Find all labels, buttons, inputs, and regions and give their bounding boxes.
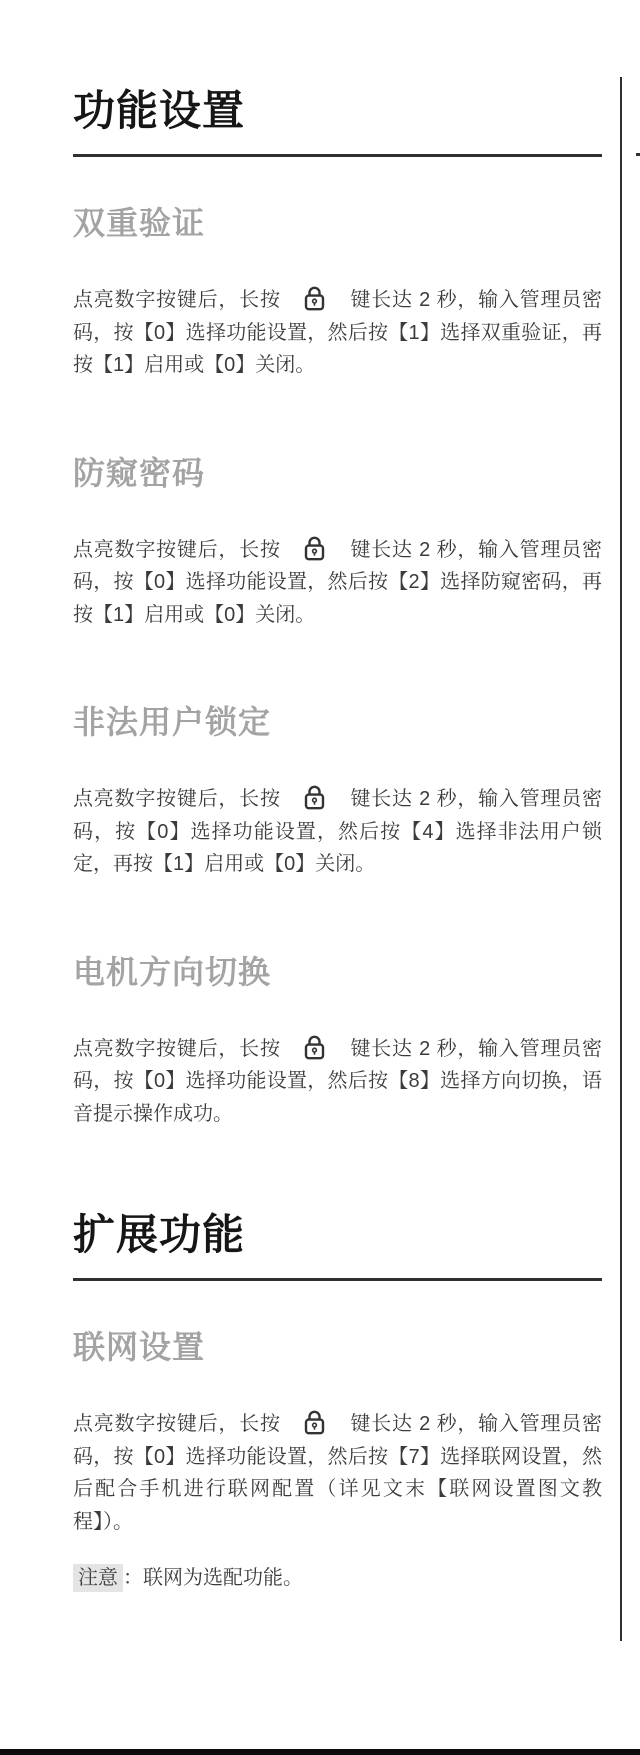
adjacent-column-rule-fragment bbox=[636, 153, 640, 156]
lock-key-icon bbox=[303, 535, 326, 561]
lock-key-icon bbox=[303, 285, 326, 311]
content-column: 功能设置 双重验证 点亮数字按键后，长按键长达 2 秒，输入管理员密码，按【0】… bbox=[73, 0, 602, 1595]
section-heading: 防窥密码 bbox=[73, 454, 602, 492]
instruction-text-before: 点亮数字按键后，长按 bbox=[73, 289, 281, 311]
note-label: 注意 bbox=[73, 1564, 123, 1592]
instruction-paragraph: 点亮数字按键后，长按键长达 2 秒，输入管理员密码，按【0】选择功能设置，然后按… bbox=[73, 1408, 602, 1538]
note-line: 注意：联网为选配功能。 bbox=[73, 1562, 602, 1595]
lock-key-icon bbox=[303, 1034, 326, 1060]
instruction-paragraph: 点亮数字按键后，长按键长达 2 秒，输入管理员密码，按【0】选择功能设置，然后按… bbox=[73, 284, 602, 382]
section-illegal-user-lock: 非法用户锁定 点亮数字按键后，长按键长达 2 秒，输入管理员密码，按【0】选择功… bbox=[73, 703, 602, 881]
section-heading: 双重验证 bbox=[73, 204, 602, 242]
section-network-setup: 联网设置 点亮数字按键后，长按键长达 2 秒，输入管理员密码，按【0】选择功能设… bbox=[73, 1328, 602, 1538]
instruction-text-before: 点亮数字按键后，长按 bbox=[73, 539, 281, 561]
instruction-text-before: 点亮数字按键后，长按 bbox=[73, 1413, 281, 1435]
note-text: ：联网为选配功能。 bbox=[123, 1567, 303, 1589]
instruction-text-before: 点亮数字按键后，长按 bbox=[73, 1038, 281, 1060]
lock-key-icon bbox=[303, 784, 326, 810]
title-rule bbox=[73, 154, 602, 157]
instruction-paragraph: 点亮数字按键后，长按键长达 2 秒，输入管理员密码，按【0】选择功能设置，然后按… bbox=[73, 1033, 602, 1131]
instruction-paragraph: 点亮数字按键后，长按键长达 2 秒，输入管理员密码，按【0】选择功能设置，然后按… bbox=[73, 534, 602, 632]
manual-page: 功能设置 双重验证 点亮数字按键后，长按键长达 2 秒，输入管理员密码，按【0】… bbox=[0, 0, 640, 1755]
lock-key-icon bbox=[303, 1409, 326, 1435]
section-motor-direction: 电机方向切换 点亮数字按键后，长按键长达 2 秒，输入管理员密码，按【0】选择功… bbox=[73, 953, 602, 1131]
column-divider-line bbox=[620, 77, 622, 1641]
page-title-extended: 扩展功能 bbox=[73, 1210, 602, 1260]
section-heading: 联网设置 bbox=[73, 1328, 602, 1366]
page-title: 功能设置 bbox=[73, 86, 602, 136]
section-two-factor: 双重验证 点亮数字按键后，长按键长达 2 秒，输入管理员密码，按【0】选择功能设… bbox=[73, 204, 602, 382]
title-rule bbox=[73, 1278, 602, 1281]
instruction-paragraph: 点亮数字按键后，长按键长达 2 秒，输入管理员密码，按【0】选择功能设置，然后按… bbox=[73, 783, 602, 881]
bottom-bar bbox=[0, 1749, 640, 1755]
section-anti-peep: 防窥密码 点亮数字按键后，长按键长达 2 秒，输入管理员密码，按【0】选择功能设… bbox=[73, 454, 602, 632]
section-heading: 电机方向切换 bbox=[73, 953, 602, 991]
section-heading: 非法用户锁定 bbox=[73, 703, 602, 741]
instruction-text-before: 点亮数字按键后，长按 bbox=[73, 788, 281, 810]
